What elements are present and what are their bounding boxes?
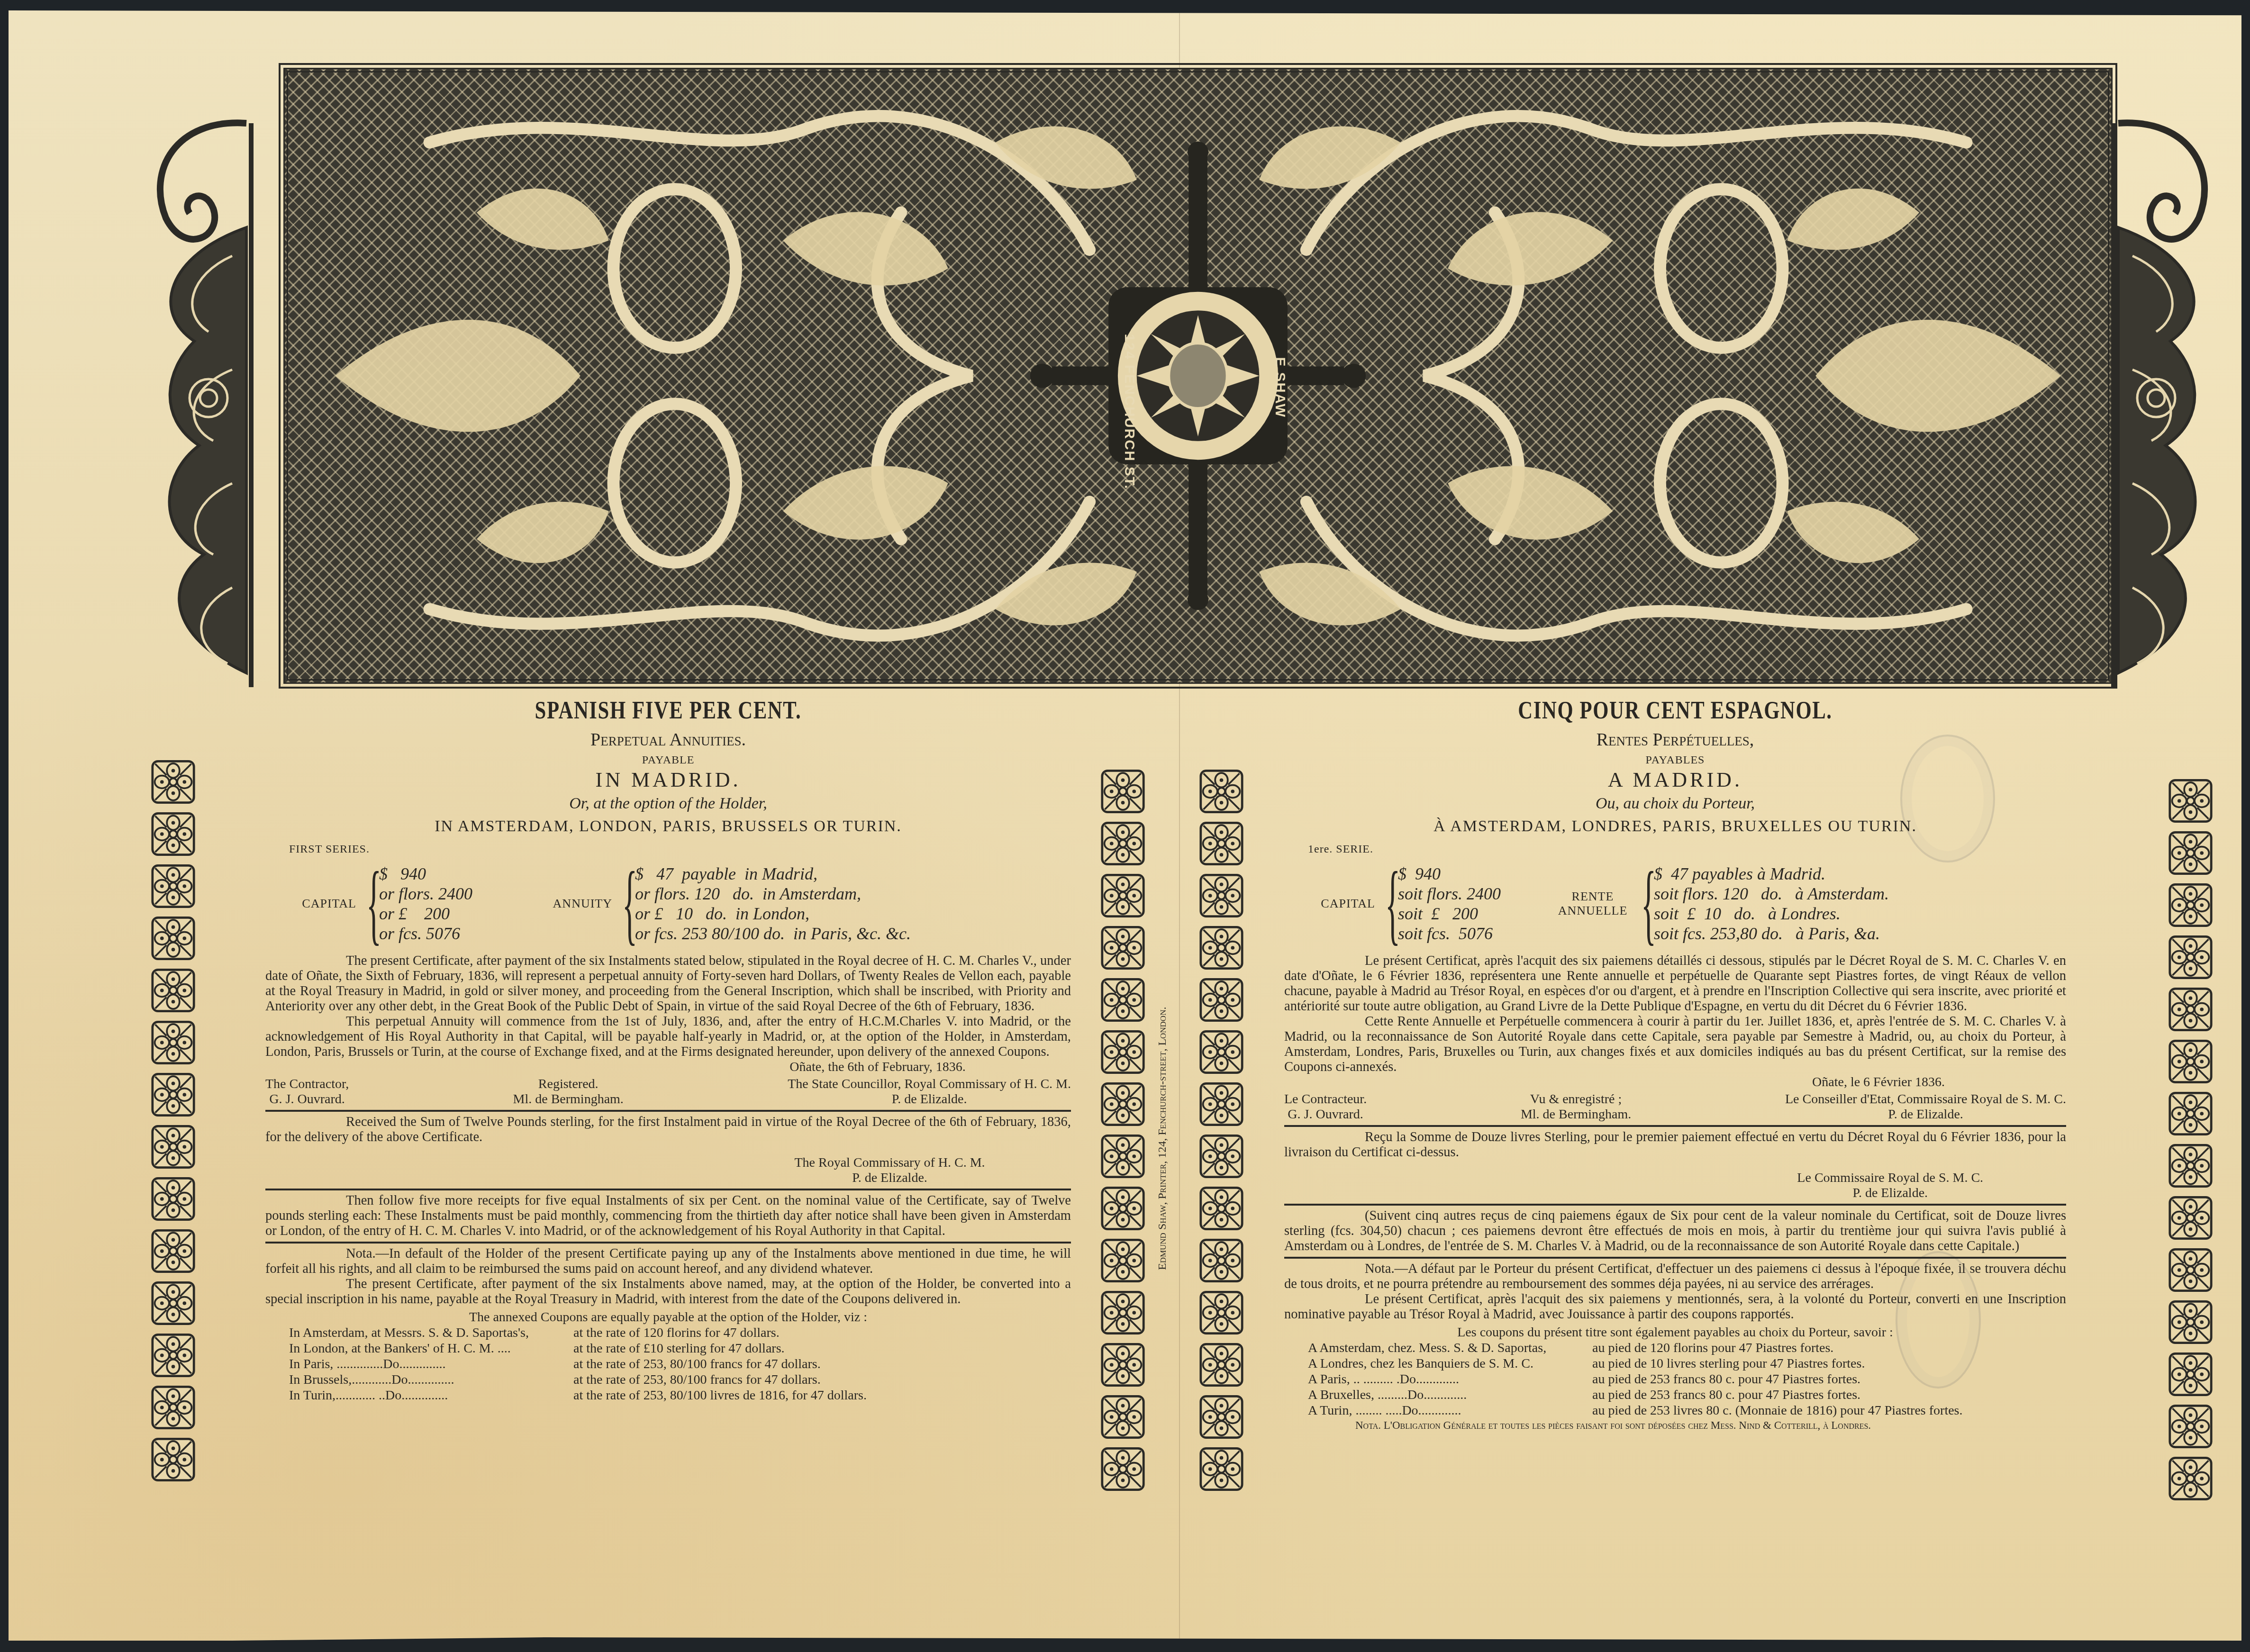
annuity-line: or fcs. 253 80/100 do. in Paris, &c. &c.: [635, 924, 911, 944]
divider: [265, 1189, 1071, 1190]
rosette-ornament-icon: [2168, 1455, 2213, 1502]
divider: [265, 1242, 1071, 1244]
annuity-line: $ 47 payables à Madrid.: [1654, 864, 1889, 884]
rosette-ornament-icon: [2168, 1194, 2213, 1242]
rosette-ornament-icon: [1100, 1080, 1145, 1128]
signature-name: G. J. Ouvrard.: [1284, 1107, 1367, 1122]
rosette-ornament-icon: [151, 915, 196, 962]
printer-imprint: Edmund Shaw, Printer, 124, Fenchurch-str…: [1156, 1007, 1169, 1270]
rosette-ornament-icon: [151, 862, 196, 910]
french-nota-footnote: Nota. L'Obligation Générale et toutes le…: [1355, 1419, 2066, 1432]
right-scroll-ornament: [2104, 114, 2227, 697]
rosette-ornament-icon: [1199, 1341, 1244, 1389]
left-rosette-border: [151, 758, 196, 1483]
rosette-ornament-icon: [151, 1175, 196, 1223]
engraved-ornamental-banner: 124 FENCHURCH ST. E SHAW: [283, 68, 2113, 684]
rosette-ornament-icon: [2168, 1298, 2213, 1346]
english-coupons-intro: The annexed Coupons are equally payable …: [265, 1310, 1071, 1325]
capital-line: $ 940: [379, 864, 535, 884]
brace: {: [1641, 859, 1648, 949]
english-place: IN MADRID.: [265, 768, 1071, 792]
signature-name: P. de Elizalde.: [788, 1092, 1071, 1107]
capital-line: soit £ 200: [1398, 904, 1554, 924]
rosette-ornament-icon: [1100, 924, 1145, 971]
french-nota: Nota.—A défaut par le Porteur du présent…: [1284, 1262, 2066, 1292]
brace: {: [622, 859, 629, 949]
english-coupon-list: In Amsterdam, at Messrs. S. & D. Saporta…: [289, 1325, 1071, 1403]
rosette-ornament-icon: [2168, 934, 2213, 981]
signature-name: P. de Elizalde.: [1785, 1107, 2066, 1122]
rosette-ornament-icon: [151, 967, 196, 1014]
receipt-signature-name: P. de Elizalde.: [708, 1171, 1071, 1186]
rosette-ornament-icon: [1199, 1133, 1244, 1180]
capital-line: $ 940: [1398, 864, 1554, 884]
rosette-ornament-icon: [1100, 1028, 1145, 1076]
signature-name: G. J. Ouvrard.: [265, 1092, 349, 1107]
rosette-ornament-icon: [1100, 1133, 1145, 1180]
capital-line: or fcs. 5076: [379, 924, 535, 944]
english-subtitle: Perpetual Annuities.: [265, 729, 1071, 750]
english-receipt: Received the Sum of Twelve Pounds sterli…: [265, 1115, 1071, 1145]
rosette-ornament-icon: [2168, 1142, 2213, 1189]
rosette-ornament-icon: [1100, 768, 1145, 815]
french-place: A MADRID.: [1284, 768, 2066, 792]
coupon-row: In London, at the Bankers' of H. C. M. .…: [289, 1341, 1071, 1356]
rosette-ornament-icon: [151, 1123, 196, 1171]
rosette-ornament-icon: [1199, 1080, 1244, 1128]
french-place-date: Oñate, le 6 Février 1836.: [1691, 1075, 2066, 1090]
coupon-row: A Amsterdam, chez. Mess. S. & D. Saporta…: [1308, 1340, 2066, 1356]
divider: [1284, 1257, 2066, 1259]
rosette-ornament-icon: [2168, 1246, 2213, 1294]
coupon-row: In Amsterdam, at Messrs. S. & D. Saporta…: [289, 1325, 1071, 1341]
signature-title: Le Conseiller d'Etat, Commissaire Royal …: [1785, 1092, 2066, 1107]
rosette-ornament-icon: [2168, 881, 2213, 929]
capital-label: CAPITAL: [1284, 897, 1379, 911]
rosette-ornament-icon: [1199, 1289, 1244, 1336]
rosette-ornament-icon: [151, 1280, 196, 1327]
rosette-ornament-icon: [151, 1071, 196, 1118]
capital-line: or flors. 2400: [379, 884, 535, 904]
brace: {: [1385, 859, 1392, 949]
rosette-ornament-icon: [1199, 872, 1244, 919]
rosette-ornament-icon: [1100, 1445, 1145, 1493]
signature-title: Registered.: [513, 1077, 624, 1092]
english-option: Or, at the option of the Holder,: [265, 795, 1071, 813]
rosette-ornament-icon: [2168, 1351, 2213, 1398]
divider: [1284, 1125, 2066, 1127]
rosette-ornament-icon: [1199, 924, 1244, 971]
coupon-row: A Londres, chez les Banquiers de S. M. C…: [1308, 1356, 2066, 1371]
rosette-ornament-icon: [1199, 820, 1244, 867]
french-subtitle: Rentes Perpétuelles,: [1284, 729, 2066, 750]
french-paragraph: Le présent Certificat, après l'acquit de…: [1284, 953, 2066, 1014]
acanthus-scroll-engraving: 124 FENCHURCH ST. E SHAW: [288, 73, 2108, 679]
rosette-ornament-icon: [1199, 1028, 1244, 1076]
center-right-rosette-border: [1199, 768, 1244, 1493]
receipt-signature-title: The Royal Commissary of H. C. M.: [708, 1155, 1071, 1171]
rosette-ornament-icon: [1100, 1185, 1145, 1232]
rosette-ornament-icon: [1199, 1393, 1244, 1441]
english-amounts: CAPITAL { $ 940 or flors. 2400 or £ 200 …: [265, 859, 1071, 949]
english-follow: Then follow five more receipts for five …: [265, 1193, 1071, 1239]
divider: [1284, 1204, 2066, 1206]
french-paragraph: Cette Rente Annuelle et Perpétuelle comm…: [1284, 1014, 2066, 1075]
left-scroll-ornament: [137, 114, 261, 697]
french-text-panel: CINQ POUR CENT ESPAGNOL. Rentes Perpétue…: [1284, 697, 2066, 1432]
receipt-signature-name: P. de Elizalde.: [1715, 1186, 2067, 1201]
english-paragraph: The present Certificate, after payment o…: [265, 953, 1071, 1014]
french-receipt: Reçu la Somme de Douze livres Sterling, …: [1284, 1130, 2066, 1160]
rosette-ornament-icon: [1100, 976, 1145, 1024]
rosette-ornament-icon: [1100, 1393, 1145, 1441]
french-amounts: CAPITAL { $ 940 soit flors. 2400 soit £ …: [1284, 859, 2066, 949]
signature-title: Le Contracteur.: [1284, 1092, 1367, 1107]
rosette-ornament-icon: [1199, 1237, 1244, 1284]
english-nota: Nota.—In default of the Holder of the pr…: [265, 1246, 1071, 1277]
rosette-ornament-icon: [2168, 986, 2213, 1033]
rosette-ornament-icon: [151, 758, 196, 806]
brace: {: [366, 859, 373, 949]
rosette-ornament-icon: [151, 1436, 196, 1483]
english-payable: PAYABLE: [265, 754, 1071, 767]
coupon-row: In Turin,............ ..Do..............…: [289, 1388, 1071, 1403]
english-conversion: The present Certificate, after payment o…: [265, 1277, 1071, 1307]
french-signatures: Le Contracteur.G. J. Ouvrard. Vu & enreg…: [1284, 1092, 2066, 1122]
right-rosette-border: [2168, 777, 2213, 1502]
coupon-row: In Paris, ..............Do..............…: [289, 1356, 1071, 1372]
signature-title: The State Councillor, Royal Commissary o…: [788, 1077, 1071, 1092]
capital-line: or £ 200: [379, 904, 535, 924]
rosette-ornament-icon: [1199, 768, 1244, 815]
rosette-ornament-icon: [1100, 820, 1145, 867]
french-option: Ou, au choix du Porteur,: [1284, 795, 2066, 813]
coupon-row: In Brussels,............Do..............…: [289, 1372, 1071, 1388]
rosette-ornament-icon: [1199, 1185, 1244, 1232]
signature-name: Ml. de Bermingham.: [513, 1092, 624, 1107]
rosette-ornament-icon: [1100, 1237, 1145, 1284]
rosette-ornament-icon: [151, 1227, 196, 1275]
annuity-line: soit fcs. 253,80 do. à Paris, &a.: [1654, 924, 1889, 944]
annuity-line: $ 47 payable in Madrid,: [635, 864, 911, 884]
rosette-ornament-icon: [151, 1019, 196, 1066]
coupon-row: A Paris, .. ......... .Do.............au…: [1308, 1371, 2066, 1387]
french-series: 1ere. SERIE.: [1308, 843, 2066, 856]
rosette-ornament-icon: [151, 1384, 196, 1431]
french-follow: (Suivent cinq autres reçus de cinq paiem…: [1284, 1208, 2066, 1254]
rosette-ornament-icon: [2168, 1403, 2213, 1450]
annuity-label: RENTE ANNUELLE: [1554, 890, 1635, 918]
english-series: FIRST SERIES.: [289, 843, 1071, 856]
medallion-name: E SHAW: [1272, 357, 1288, 418]
rosette-ornament-icon: [151, 1332, 196, 1379]
rosette-ornament-icon: [2168, 1038, 2213, 1085]
rosette-ornament-icon: [151, 810, 196, 858]
rosette-ornament-icon: [2168, 1090, 2213, 1137]
signature-title: Vu & enregistré ;: [1521, 1092, 1631, 1107]
french-coupons-intro: Les coupons du présent titre sont égalem…: [1284, 1325, 2066, 1340]
rosette-ornament-icon: [2168, 829, 2213, 877]
rosette-ornament-icon: [1100, 1289, 1145, 1336]
coupon-row: A Bruxelles, .........Do.............au …: [1308, 1387, 2066, 1403]
capital-line: soit flors. 2400: [1398, 884, 1554, 904]
french-title: CINQ POUR CENT ESPAGNOL.: [1355, 697, 1996, 725]
english-text-panel: SPANISH FIVE PER CENT. Perpetual Annuiti…: [265, 697, 1071, 1403]
english-signatures: The Contractor,G. J. Ouvrard. Registered…: [265, 1077, 1071, 1107]
french-cities: À AMSTERDAM, LONDRES, PARIS, BRUXELLES O…: [1284, 817, 2066, 835]
rosette-ornament-icon: [1100, 1341, 1145, 1389]
french-payable: PAYABLES: [1284, 754, 2066, 767]
signature-title: The Contractor,: [265, 1077, 349, 1092]
medallion-address: 124 FENCHURCH ST.: [1122, 334, 1137, 490]
rosette-ornament-icon: [1199, 1445, 1244, 1493]
rosette-ornament-icon: [1100, 872, 1145, 919]
rosette-ornament-icon: [2168, 777, 2213, 825]
rosette-ornament-icon: [1199, 976, 1244, 1024]
annuity-line: soit flors. 120 do. à Amsterdam.: [1654, 884, 1889, 904]
french-conversion: Le présent Certificat, après l'acquit de…: [1284, 1292, 2066, 1322]
annuity-line: soit £ 10 do. à Londres.: [1654, 904, 1889, 924]
english-place-date: Oñate, the 6th of February, 1836.: [684, 1060, 1071, 1075]
annuity-label: ANNUITY: [535, 897, 616, 911]
english-cities: IN AMSTERDAM, LONDON, PARIS, BRUSSELS OR…: [265, 817, 1071, 835]
capital-line: soit fcs. 5076: [1398, 924, 1554, 944]
english-title: SPANISH FIVE PER CENT.: [338, 697, 998, 725]
signature-name: Ml. de Bermingham.: [1521, 1107, 1631, 1122]
annuity-line: or £ 10 do. in London,: [635, 904, 911, 924]
receipt-signature-title: Le Commissaire Royal de S. M. C.: [1715, 1171, 2067, 1186]
capital-label: CAPITAL: [265, 897, 360, 911]
coupon-row: A Turin, ........ .....Do.............au…: [1308, 1403, 2066, 1418]
divider: [265, 1110, 1071, 1112]
french-coupon-list: A Amsterdam, chez. Mess. S. & D. Saporta…: [1308, 1340, 2066, 1418]
annuity-line: or flors. 120 do. in Amsterdam,: [635, 884, 911, 904]
center-left-rosette-border: [1100, 768, 1145, 1493]
english-paragraph: This perpetual Annuity will commence fro…: [265, 1014, 1071, 1060]
